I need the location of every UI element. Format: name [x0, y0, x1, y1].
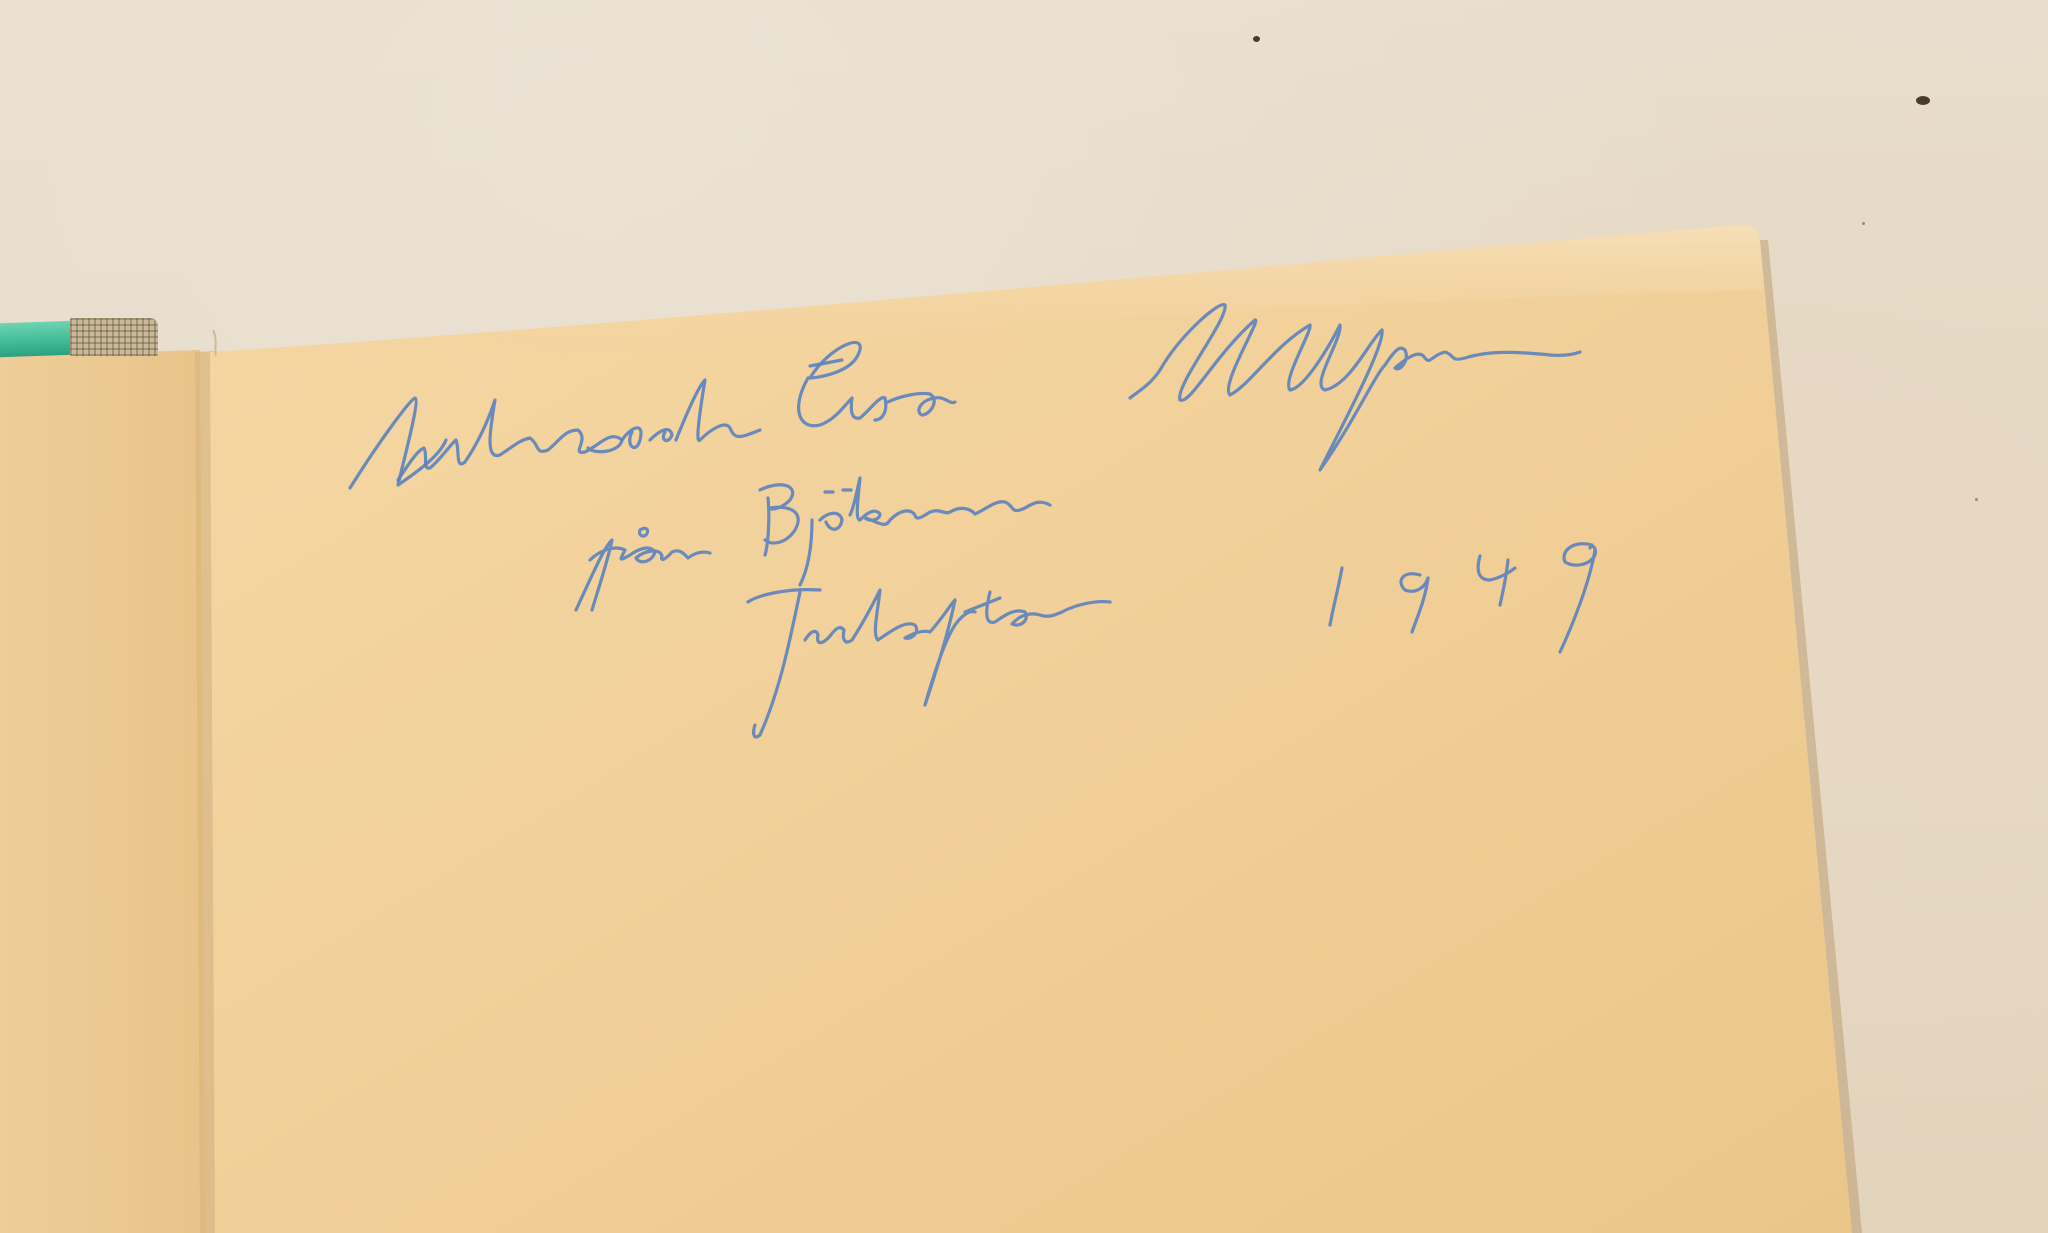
inscription-line-1: [350, 305, 1580, 488]
inscription-line-3: [748, 544, 1595, 737]
handwritten-inscription: [0, 0, 2048, 1233]
